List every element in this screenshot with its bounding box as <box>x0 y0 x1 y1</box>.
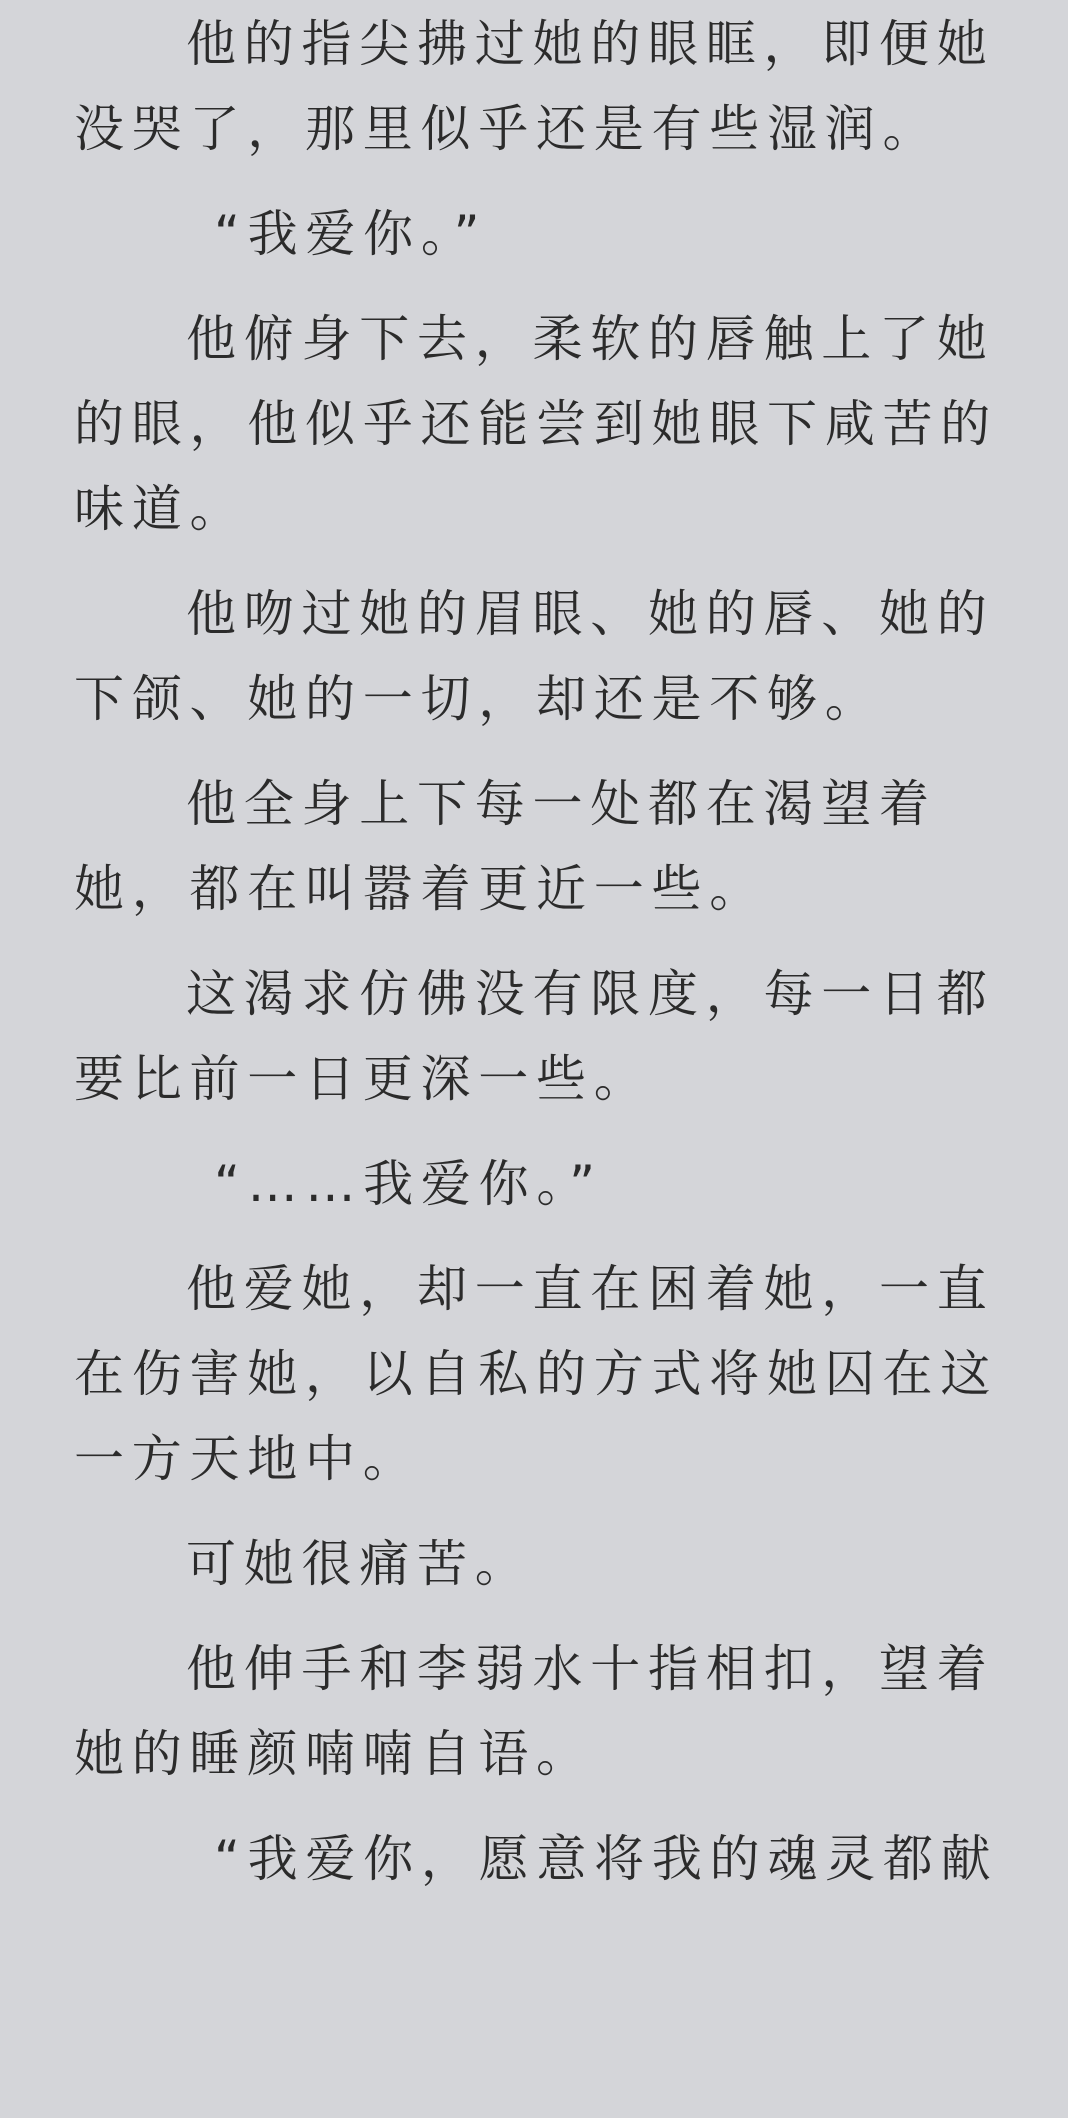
text-line: 他吻过她的眉眼、她的唇、她的 <box>74 572 1034 657</box>
text-line: 他的指尖拂过她的眼眶，即便她 <box>74 2 1034 87</box>
text-line: “……我爱你。” <box>74 1142 1034 1227</box>
text-line: 的眼，他似乎还能尝到她眼下咸苦的 <box>74 382 1034 467</box>
text-line: “我爱你，愿意将我的魂灵都献 <box>74 1817 1034 1902</box>
reading-page: 他的指尖拂过她的眼眶，即便她 没哭了，那里似乎还是有些湿润。 “我爱你。” 他俯… <box>74 2 1034 1922</box>
text-line: 他全身上下每一处都在渴望着 <box>74 762 1034 847</box>
paragraph-dialogue: “我爱你。” <box>74 192 1034 277</box>
paragraph-dialogue: “……我爱你。” <box>74 1142 1034 1227</box>
paragraph: 他俯身下去，柔软的唇触上了她 的眼，他似乎还能尝到她眼下咸苦的 味道。 <box>74 297 1034 552</box>
paragraph: 他伸手和李弱水十指相扣，望着 她的睡颜喃喃自语。 <box>74 1627 1034 1797</box>
text-line: 要比前一日更深一些。 <box>74 1037 1034 1122</box>
paragraph: 他吻过她的眉眼、她的唇、她的 下颌、她的一切，却还是不够。 <box>74 572 1034 742</box>
paragraph: 这渴求仿佛没有限度，每一日都 要比前一日更深一些。 <box>74 952 1034 1122</box>
paragraph: 他的指尖拂过她的眼眶，即便她 没哭了，那里似乎还是有些湿润。 <box>74 2 1034 172</box>
text-line: 他伸手和李弱水十指相扣，望着 <box>74 1627 1034 1712</box>
text-line: 一方天地中。 <box>74 1417 1034 1502</box>
text-line: 他俯身下去，柔软的唇触上了她 <box>74 297 1034 382</box>
text-line: 他爱她，却一直在困着她，一直 <box>74 1247 1034 1332</box>
text-line: 味道。 <box>74 467 1034 552</box>
text-line: 可她很痛苦。 <box>74 1522 1034 1607</box>
text-line: 没哭了，那里似乎还是有些湿润。 <box>74 87 1034 172</box>
text-line: “我爱你。” <box>74 192 1034 277</box>
text-line: 这渴求仿佛没有限度，每一日都 <box>74 952 1034 1037</box>
paragraph: 他全身上下每一处都在渴望着 她，都在叫嚣着更近一些。 <box>74 762 1034 932</box>
paragraph-dialogue: “我爱你，愿意将我的魂灵都献 <box>74 1817 1034 1902</box>
text-line: 她，都在叫嚣着更近一些。 <box>74 847 1034 932</box>
paragraph: 他爱她，却一直在困着她，一直 在伤害她，以自私的方式将她囚在这 一方天地中。 <box>74 1247 1034 1502</box>
text-line: 在伤害她，以自私的方式将她囚在这 <box>74 1332 1034 1417</box>
paragraph: 可她很痛苦。 <box>74 1522 1034 1607</box>
text-line: 下颌、她的一切，却还是不够。 <box>74 657 1034 742</box>
text-line: 她的睡颜喃喃自语。 <box>74 1712 1034 1797</box>
